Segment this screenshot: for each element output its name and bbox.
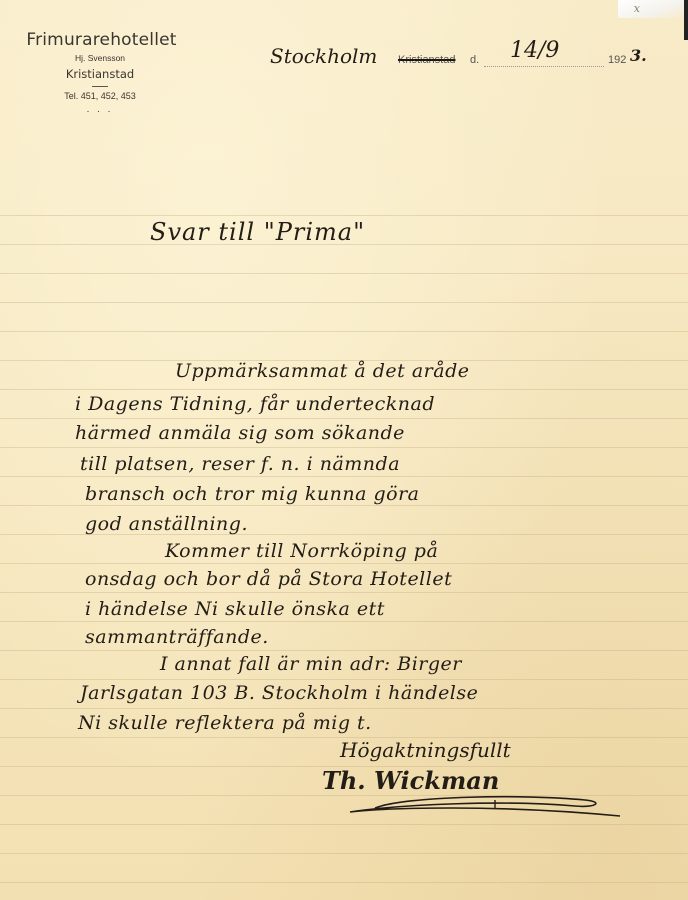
body-line: Kommer till Norrköping på (165, 540, 438, 562)
printed-year-prefix: 192 (608, 54, 626, 66)
letter-paper (0, 0, 688, 900)
rule-line (0, 505, 688, 506)
body-line: härmed anmäla sig som sökande (75, 422, 405, 444)
rule-line (0, 273, 688, 274)
body-line: god anställning. (85, 513, 248, 535)
handwritten-date: 14/9 (510, 38, 559, 63)
rule-line (0, 215, 688, 216)
rule-line (0, 302, 688, 303)
handwritten-year-digit: 3. (630, 46, 647, 65)
rule-line (0, 418, 688, 419)
printed-d: d. (470, 54, 479, 66)
letterhead: Frimurarehotellet Hj. Svensson Kristians… (0, 30, 200, 114)
rule-line (0, 389, 688, 390)
body-line: till platsen, reser f. n. i nämnda (80, 453, 400, 475)
rule-line (0, 563, 688, 564)
rule-line (0, 708, 688, 709)
body-line: bransch och tror mig kunna göra (85, 483, 420, 505)
torn-corner (618, 0, 688, 18)
closing: Högaktningsfullt (340, 738, 511, 762)
body-line: sammanträffande. (85, 626, 269, 648)
corner-mark: x (634, 2, 640, 15)
body-line: I annat fall är min adr: Birger (160, 653, 462, 675)
date-dotted-line (484, 66, 604, 67)
rule-line (0, 650, 688, 651)
dateline: Stockholm Kristianstad d. 14/9 192 3. (270, 46, 680, 76)
rule-line (0, 853, 688, 854)
body-line: i Dagens Tidning, får undertecknad (75, 393, 435, 415)
telephone-numbers: Tel. 451, 452, 453 (0, 91, 200, 101)
letterhead-ornament: . . . (0, 104, 200, 114)
letter-heading: Svar till "Prima" (150, 218, 365, 246)
hotel-city: Kristianstad (0, 67, 200, 81)
rule-line (0, 447, 688, 448)
proprietor-name: Hj. Svensson (0, 53, 200, 63)
body-line: Uppmärksammat å det aråde (175, 360, 470, 382)
hotel-name: Frimurarehotellet (3, 30, 200, 50)
body-line: Jarlsgatan 103 B. Stockholm i händelse (80, 682, 478, 704)
rule-line (0, 476, 688, 477)
letterhead-divider (92, 86, 108, 87)
body-line: i händelse Ni skulle önska ett (85, 598, 385, 620)
rule-line (0, 331, 688, 332)
rule-line (0, 882, 688, 883)
printed-place-struck: Kristianstad (398, 54, 455, 66)
rule-line (0, 592, 688, 593)
page-edge-shadow (684, 0, 688, 40)
body-line: Ni skulle reflektera på mig t. (78, 712, 372, 734)
rule-line (0, 824, 688, 825)
body-line: onsdag och bor då på Stora Hotellet (85, 568, 452, 590)
rule-line (0, 621, 688, 622)
rule-line (0, 679, 688, 680)
signature-flourish (345, 790, 625, 820)
handwritten-place: Stockholm (270, 44, 377, 68)
